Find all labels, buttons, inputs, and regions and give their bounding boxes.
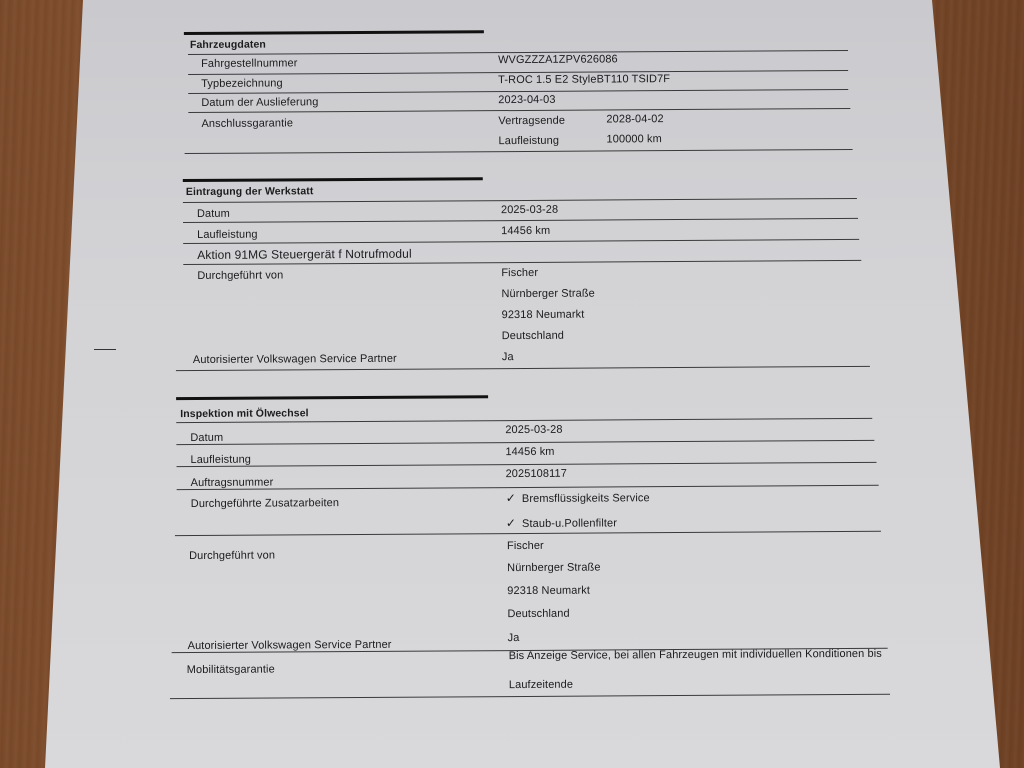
inspection-dealer-country: Deutschland [507,608,569,620]
workshop-action: Aktion 91MG Steuergerät f Notrufmodul [197,247,412,262]
label-vin: Fahrgestellnummer [201,57,298,70]
label-warranty: Anschlussgarantie [201,117,293,130]
label-contract-end: Vertragsende [498,115,565,127]
workshop-dealer-name: Fischer [501,267,538,279]
label-inspection-mileage: Laufleistung [190,454,251,466]
extra-work-item: ✓Bremsflüssigkeits Service [506,490,650,505]
row-rule [175,531,881,536]
row-rule [170,694,890,699]
row-rule [177,462,877,467]
value-inspection-mileage: 14456 km [505,446,554,458]
value-mobility-guarantee-line1: Bis Anzeige Service, bei allen Fahrzeuge… [509,648,882,662]
checkmark-icon: ✓ [506,516,516,530]
label-inspection-date: Datum [190,432,223,444]
label-workshop-mileage: Laufleistung [197,229,258,241]
label-order-number: Auftragsnummer [191,477,274,490]
section-divider-bar [183,177,483,182]
label-extra-work: Durchgeführte Zusatzarbeiten [191,497,339,510]
row-rule [177,485,879,490]
inspection-dealer-city: 92318 Neumarkt [507,585,590,598]
inspection-dealer-name: Fischer [507,540,544,552]
value-inspection-date: 2025-03-28 [505,424,562,436]
workshop-dealer-city: 92318 Neumarkt [502,309,585,322]
section-title-workshop: Eintragung der Werkstatt [186,185,314,198]
row-rule [183,198,857,203]
row-rule [188,108,850,113]
value-contract-end: 2028-04-02 [606,113,663,125]
section-divider-bar [184,30,484,35]
row-rule [176,440,874,445]
checkmark-icon: ✓ [506,491,516,505]
extra-work-item: ✓Staub-u.Pollenfilter [506,515,617,530]
inspection-dealer-street: Nürnberger Straße [507,562,600,575]
value-workshop-date: 2025-03-28 [501,204,558,216]
value-workshop-mileage: 14456 km [501,225,550,237]
service-record-document: Fahrzeugdaten Fahrgestellnummer WVGZZZA1… [0,0,1024,768]
workshop-dealer-country: Deutschland [502,330,564,342]
section-title-vehicle: Fahrzeugdaten [190,39,266,51]
row-rule [185,149,853,154]
section-divider-bar [176,395,488,400]
label-delivery-date: Datum der Auslieferung [201,96,318,109]
value-order-number: 2025108117 [506,468,567,480]
value-warranty-mileage: 100000 km [606,133,661,145]
section-title-inspection: Inspektion mit Ölwechsel [180,407,309,420]
row-rule [183,239,859,244]
label-workshop-authorized: Autorisierter Volkswagen Service Partner [193,353,397,366]
value-delivery-date: 2023-04-03 [498,94,555,106]
value-mobility-guarantee-line2: Laufzeitende [509,679,573,691]
row-rule [176,366,870,371]
value-vin: WVGZZZA1ZPV626086 [498,53,618,66]
stray-mark-line [94,349,116,350]
workshop-dealer-street: Nürnberger Straße [501,288,594,301]
label-mobility-guarantee: Mobilitätsgarantie [187,664,275,677]
label-type: Typbezeichnung [201,77,283,89]
label-workshop-performed-by: Durchgeführt von [197,269,283,282]
extra-work-label: Staub-u.Pollenfilter [522,517,617,530]
row-rule [183,218,858,223]
value-workshop-authorized: Ja [502,351,514,363]
extra-work-label: Bremsflüssigkeits Service [522,492,650,505]
value-type: T-ROC 1.5 E2 StyleBT110 TSID7F [498,73,670,86]
label-inspection-performed-by: Durchgeführt von [189,549,275,562]
value-inspection-authorized: Ja [508,632,520,644]
label-warranty-mileage: Laufleistung [499,135,560,147]
label-workshop-date: Datum [197,208,230,220]
